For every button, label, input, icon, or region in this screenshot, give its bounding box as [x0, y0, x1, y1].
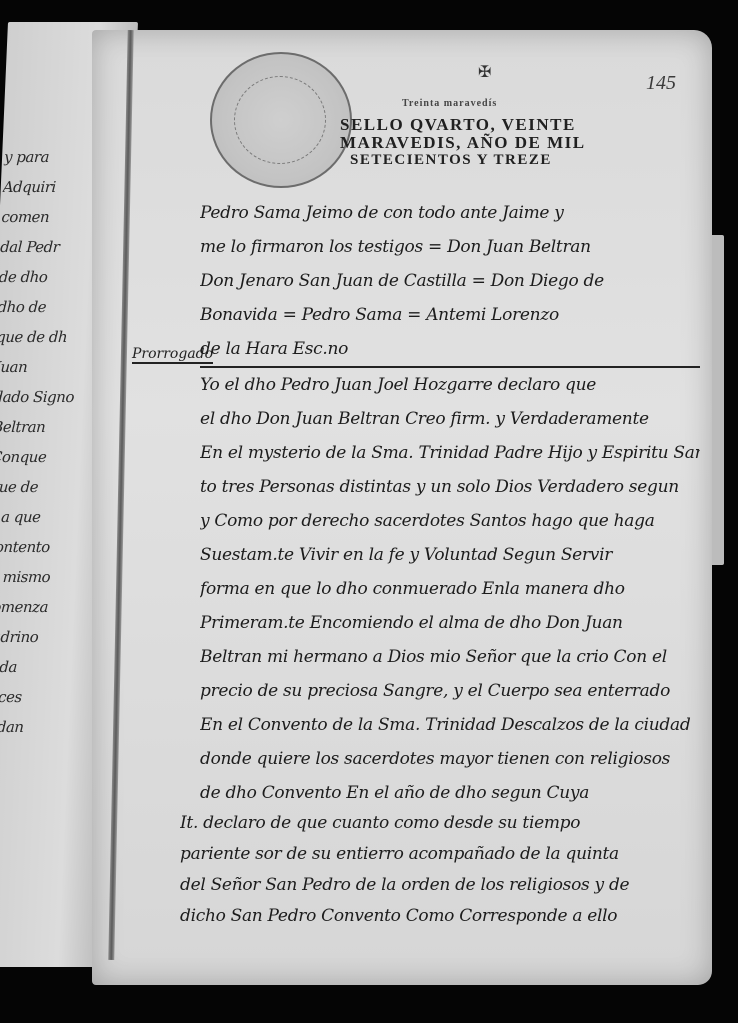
text-line: dicho San Pedro Convento Como Correspond… [180, 901, 700, 932]
text-line: y Como por derecho sacerdotes Santos hag… [200, 504, 700, 538]
folio-number: 145 [646, 72, 676, 95]
text-line: Pedro Sama Jeimo de con todo ante Jaime … [200, 196, 700, 230]
left-leaf-line: dada [0, 652, 102, 682]
text-line: to tres Personas distintas y un solo Dio… [200, 470, 700, 504]
royal-seal-stamp [210, 52, 352, 188]
text-line: forma en que lo dho conmuerado Enla mane… [200, 572, 700, 606]
text-line: me lo firmaron los testigos = Don Juan B… [200, 230, 700, 264]
text-line: Suestam.te Vivir en la fe y Voluntad Seg… [200, 538, 700, 572]
text-line: del Señor San Pedro de la orden de los r… [180, 870, 700, 901]
text-line: Don Jenaro San Juan de Castilla = Don Di… [200, 264, 700, 298]
left-leaf-line: el mismo [0, 562, 106, 592]
text-line: En el mysterio de la Sma. Trinidad Padre… [200, 436, 700, 470]
text-line: It. declaro de que cuanto como desde su … [180, 808, 700, 839]
stamped-paper-header: Treinta maravedís SELLO QVARTO, VEINTE M… [340, 98, 640, 169]
text-line: Yo el dho Pedro Juan Joel Hozgarre decla… [200, 368, 700, 402]
text-line: de dho Convento En el año de dho segun C… [200, 776, 700, 810]
scan-bottom-edge [0, 985, 738, 1023]
left-leaf-line: Padrino [0, 622, 104, 652]
stamp-top-line: Treinta maravedís [402, 98, 640, 109]
stamp-line-3: SETECIENTOS Y TREZE [350, 152, 640, 169]
cross-ornament-icon: ✠ [478, 62, 491, 81]
main-text: Pedro Sama Jeimo de con todo ante Jaime … [200, 196, 700, 810]
text-line: pariente sor de su entierro acompañado d… [180, 839, 700, 870]
stamp-line-1: SELLO QVARTO, VEINTE [340, 115, 640, 134]
text-line: Primeram.te Encomiendo el alma de dho Do… [200, 606, 700, 640]
text-line: de la Hara Esc.no [200, 332, 700, 368]
stamp-line-2: MARAVEDIS, AÑO DE MIL [340, 134, 640, 152]
text-line: el dho Don Juan Beltran Creo firm. y Ver… [200, 402, 700, 436]
left-leaf-line: comenza [0, 592, 105, 622]
left-leaf-line: ances [0, 682, 101, 712]
seal-crest [234, 76, 326, 164]
text-line: Beltran mi hermano a Dios mio Señor que … [200, 640, 700, 674]
paragraph-2: It. declaro de que cuanto como desde su … [180, 808, 700, 932]
text-line: precio de su preciosa Sangre, y el Cuerp… [200, 674, 700, 708]
text-line: donde quiere los sacerdotes mayor tienen… [200, 742, 700, 776]
text-line: Bonavida = Pedro Sama = Antemi Lorenzo [200, 298, 700, 332]
text-line: En el Convento de la Sma. Trinidad Desca… [200, 708, 700, 742]
left-leaf-line: andan [0, 712, 100, 742]
